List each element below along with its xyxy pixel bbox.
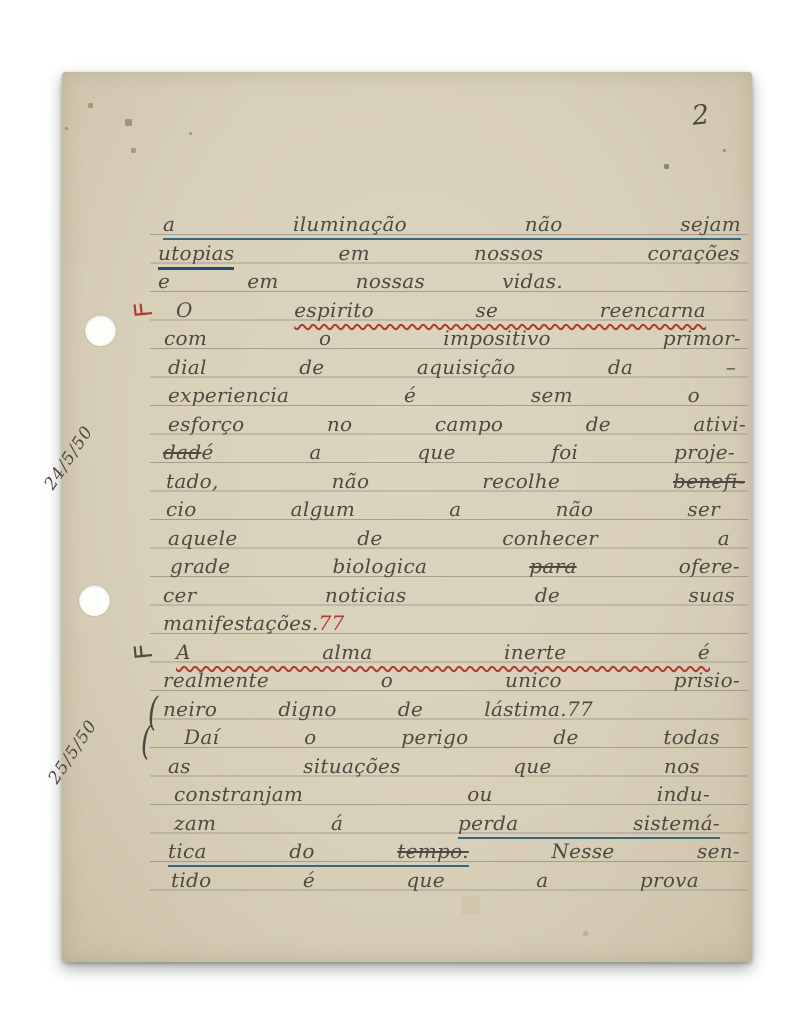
text-segment: para	[529, 554, 576, 578]
text-segment: zam á	[174, 811, 458, 835]
text-segment: e em nossas vidas.	[158, 269, 563, 293]
manuscript-line: cer noticias de suas	[163, 583, 735, 611]
text-segment: experiencia é sem o	[168, 383, 700, 407]
text-segment: ofere-	[577, 554, 740, 578]
manuscript-line: realmente o unico prisio-	[163, 668, 740, 696]
manuscript-line: utopias em nossos corações	[158, 241, 740, 269]
manuscript-line: as situações que nos	[168, 754, 700, 782]
text-segment: realmente o unico prisio-	[163, 668, 740, 692]
manuscript-line: zam á perda sistemá-	[174, 811, 720, 839]
manuscript-scan: 2 24/5/50 25/5/50 ( ( a iluminação não s…	[0, 0, 807, 1024]
text-segment: esforço no campo de ativi-	[168, 412, 746, 436]
manuscript-line: dadé a que foi proje-	[163, 440, 735, 468]
text-segment: dial de aquisição da –	[168, 355, 736, 379]
manuscript-line: e em nossas vidas.	[158, 269, 563, 297]
text-segment: manifestações.	[163, 611, 319, 635]
text-segment: perda sistemá-	[458, 811, 720, 839]
text-segment: cio algum a não ser	[166, 497, 720, 521]
manuscript-line: aquele de conhecer a	[168, 526, 730, 554]
manuscript-line: dial de aquisição da –	[168, 355, 736, 383]
text-segment: O	[176, 298, 294, 322]
text-segment: Daí o perigo de todas	[184, 725, 720, 749]
text-segment: 77	[567, 697, 593, 721]
manuscript-line: esforço no campo de ativi-	[168, 412, 746, 440]
manuscript-line: com o impositivo primor-	[164, 326, 741, 354]
manuscript-line: manifestações.77	[163, 611, 505, 639]
hole-punch-top	[85, 315, 116, 346]
manuscript-line: a iluminação não sejam	[163, 212, 741, 240]
text-segment: grade biologica	[170, 554, 529, 578]
editorial-open-mark: ∟∟	[131, 299, 145, 322]
text-segment: A alma inerte é	[176, 640, 710, 664]
manuscript-line: O espirito se reencarna	[176, 298, 706, 326]
text-segment: a iluminação não sejam	[163, 212, 741, 240]
text-segment: cer noticias de suas	[163, 583, 735, 607]
manuscript-line: Daí o perigo de todas	[184, 725, 720, 753]
manuscript-line: neiro digno de lástima.77	[163, 697, 593, 725]
text-segment: constranjam ou indu-	[174, 782, 710, 806]
paper-stains	[0, 0, 1, 1]
text-segment: é a que foi proje-	[201, 440, 735, 464]
text-segment: aquele de conhecer a	[168, 526, 730, 550]
manuscript-line: experiencia é sem o	[168, 383, 700, 411]
text-segment: com o impositivo primor-	[164, 326, 741, 350]
hole-punch-bottom	[79, 585, 110, 616]
text-segment: espirito se reencarna	[294, 298, 706, 322]
text-segment: tempo.	[397, 839, 469, 867]
manuscript-line: constranjam ou indu-	[174, 782, 710, 810]
text-segment: tido é que a prova	[171, 868, 699, 892]
editorial-open-mark: ∟∟	[131, 641, 145, 664]
manuscript-line: grade biologica para ofere-	[170, 554, 740, 582]
text-segment: Nesse sen-	[469, 839, 740, 863]
text-segment: utopias	[158, 241, 234, 270]
text-segment: em nossos corações	[234, 241, 740, 265]
text-segment: dad	[163, 440, 201, 464]
manuscript-line: A alma inerte é	[176, 640, 710, 668]
margin-paren-mark: (	[141, 720, 151, 765]
manuscript-line: tado, não recolhe benefi-	[166, 469, 745, 497]
text-segment: benefi-	[673, 469, 745, 493]
manuscript-line: cio algum a não ser	[166, 497, 720, 525]
text-segment: tado, não recolhe	[166, 469, 673, 493]
manuscript-line: tido é que a prova	[171, 868, 699, 896]
text-segment: as situações que nos	[168, 754, 700, 778]
page-number: 2	[690, 99, 711, 132]
manuscript-line: tica do tempo. Nesse sen-	[168, 839, 740, 867]
text-segment: 77	[319, 611, 345, 635]
text-segment: neiro digno de lástima.	[163, 697, 567, 721]
text-segment: tica do	[168, 839, 397, 867]
